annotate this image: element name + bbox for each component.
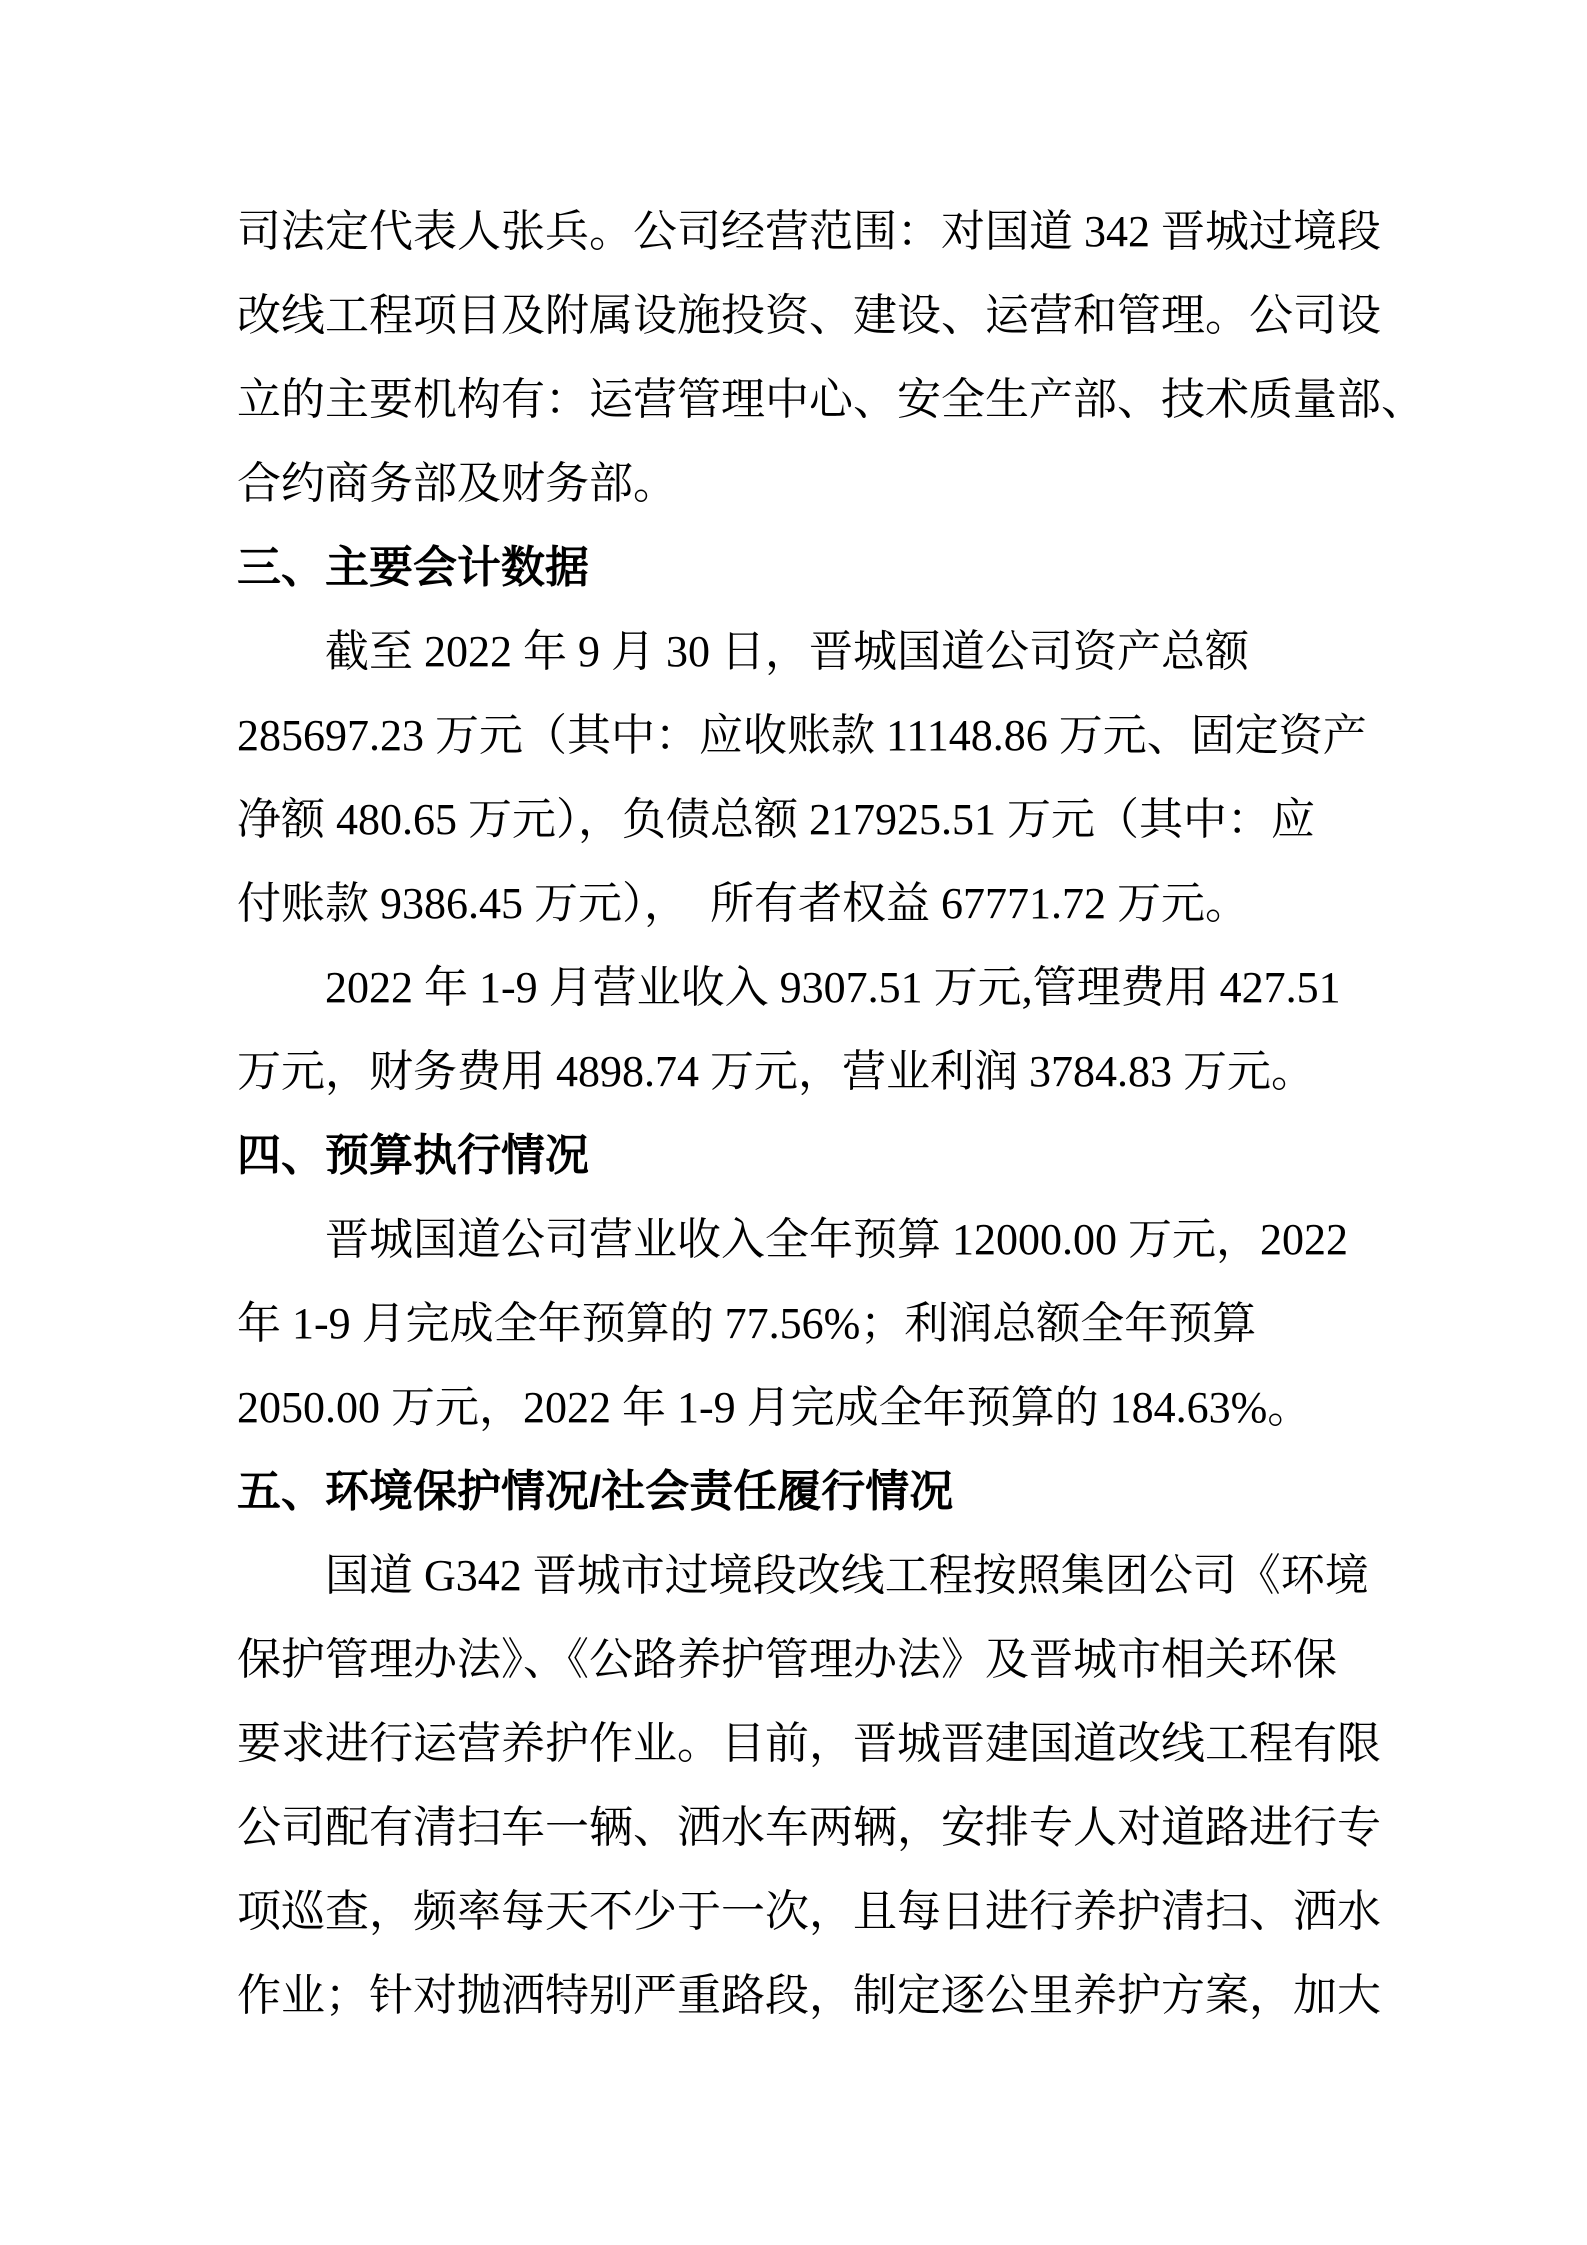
text-line: 要求进行运营养护作业。目前，晋城晋建国道改线工程有限	[237, 1702, 1437, 1786]
text-line: 合约商务部及财务部。	[237, 442, 1437, 526]
text-line: 285697.23 万元（其中：应收账款 11148.86 万元、固定资产	[237, 694, 1437, 778]
text-line: 晋城国道公司营业收入全年预算 12000.00 万元，2022	[237, 1198, 1437, 1282]
section-heading-environment-social: 五、环境保护情况/社会责任履行情况	[237, 1450, 1437, 1534]
text-line: 2050.00 万元，2022 年 1-9 月完成全年预算的 184.63%。	[237, 1366, 1437, 1450]
text-line: 公司配有清扫车一辆、洒水车两辆，安排专人对道路进行专	[237, 1786, 1437, 1870]
text-line: 净额 480.65 万元），负债总额 217925.51 万元（其中：应	[237, 778, 1437, 862]
text-line: 保护管理办法》、《公路养护管理办法》及晋城市相关环保	[237, 1618, 1437, 1702]
text-line: 立的主要机构有：运营管理中心、安全生产部、技术质量部、	[237, 358, 1437, 442]
text-line: 万元，财务费用 4898.74 万元，营业利润 3784.83 万元。	[237, 1030, 1437, 1114]
text-line: 付账款 9386.45 万元）， 所有者权益 67771.72 万元。	[237, 862, 1437, 946]
text-line: 国道 G342 晋城市过境段改线工程按照集团公司《环境	[237, 1534, 1437, 1618]
text-line: 司法定代表人张兵。公司经营范围：对国道 342 晋城过境段	[237, 190, 1437, 274]
text-line: 截至 2022 年 9 月 30 日，晋城国道公司资产总额	[237, 610, 1437, 694]
text-line: 作业；针对抛洒特别严重路段，制定逐公里养护方案，加大	[237, 1954, 1437, 2038]
section-heading-budget-execution: 四、预算执行情况	[237, 1114, 1437, 1198]
document-page: 司法定代表人张兵。公司经营范围：对国道 342 晋城过境段 改线工程项目及附属设…	[0, 0, 1587, 2245]
text-line: 项巡查，频率每天不少于一次，且每日进行养护清扫、洒水	[237, 1870, 1437, 1954]
text-line: 年 1-9 月完成全年预算的 77.56%；利润总额全年预算	[237, 1282, 1437, 1366]
text-line: 2022 年 1-9 月营业收入 9307.51 万元,管理费用 427.51	[237, 946, 1437, 1030]
section-heading-accounting-data: 三、主要会计数据	[237, 526, 1437, 610]
text-line: 改线工程项目及附属设施投资、建设、运营和管理。公司设	[237, 274, 1437, 358]
